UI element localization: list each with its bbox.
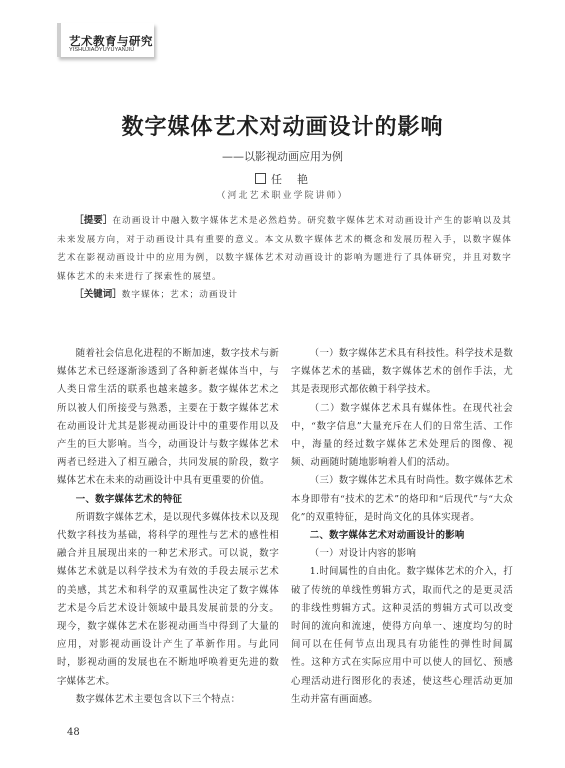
abstract-paragraph: ［提要］在动画设计中融入数字媒体艺术是必然趋势。研究数字媒体艺术对动画设计产生的… xyxy=(57,212,512,286)
abstract-block: ［提要］在动画设计中融入数字媒体艺术是必然趋势。研究数字媒体艺术对动画设计产生的… xyxy=(57,212,512,305)
abstract-text: 在动画设计中融入数字媒体艺术是必然趋势。研究数字媒体艺术对动画设计产生的影响以及… xyxy=(57,216,512,282)
body-column-right: （一）数字媒体艺术具有科技性。科学技术是数字媒体艺术的基础，数字媒体艺术的创作手… xyxy=(291,345,513,709)
keywords-text: 数字媒体；艺术；动画设计 xyxy=(122,290,238,300)
body-paragraph: 1.时间属性的自由化。数字媒体艺术的介入，打破了传统的单线性剪辑方式，取而代之的… xyxy=(291,563,513,709)
body-paragraph: （二）数字媒体艺术具有媒体性。在现代社会中，“数字信息”大量充斥在人们的日常生活… xyxy=(291,400,513,473)
subsection-heading: （一）对设计内容的影响 xyxy=(291,545,513,563)
page-number: 48 xyxy=(67,727,80,738)
body-paragraph: （三）数字媒体艺术具有时尚性。数字媒体艺术本身即带有“技术的艺术”的烙印和“后现… xyxy=(291,472,513,527)
section-heading: 一、数字媒体艺术的特征 xyxy=(57,491,279,509)
body-paragraph: 所谓数字媒体艺术，是以现代多媒体技术以及现代数字科技为基础，将科学的理性与艺术的… xyxy=(57,509,279,691)
journal-header: 艺术教育与研究 YISHUJIAOYUYUYANJIU xyxy=(57,23,154,57)
body-paragraph: 随着社会信息化进程的不断加速，数字技术与新媒体艺术已经逐渐渗透到了各种新老媒体当… xyxy=(57,345,279,491)
abstract-label: ［提要］ xyxy=(74,215,112,226)
author-line: 任 艳 xyxy=(0,171,565,187)
keywords-label: ［关键词］ xyxy=(74,289,122,300)
author-name: 任 艳 xyxy=(271,173,310,186)
body-paragraph: （一）数字媒体艺术具有科技性。科学技术是数字媒体艺术的基础，数字媒体艺术的创作手… xyxy=(291,345,513,400)
body-column-left: 随着社会信息化进程的不断加速，数字技术与新媒体艺术已经逐渐渗透到了各种新老媒体当… xyxy=(57,345,279,709)
section-heading: 二、数字媒体艺术对动画设计的影响 xyxy=(291,527,513,545)
article-subtitle: ——以影视动画应用为例 xyxy=(0,148,565,164)
author-affiliation: （河北艺术职业学院讲师） xyxy=(0,188,565,201)
keywords-paragraph: ［关键词］数字媒体；艺术；动画设计 xyxy=(57,286,512,305)
body-paragraph: 数字媒体艺术主要包含以下三个特点： xyxy=(57,691,279,709)
article-title: 数字媒体艺术对动画设计的影响 xyxy=(0,110,565,141)
square-bullet-icon xyxy=(255,173,266,184)
journal-name-pinyin: YISHUJIAOYUYUYANJIU xyxy=(69,47,134,53)
